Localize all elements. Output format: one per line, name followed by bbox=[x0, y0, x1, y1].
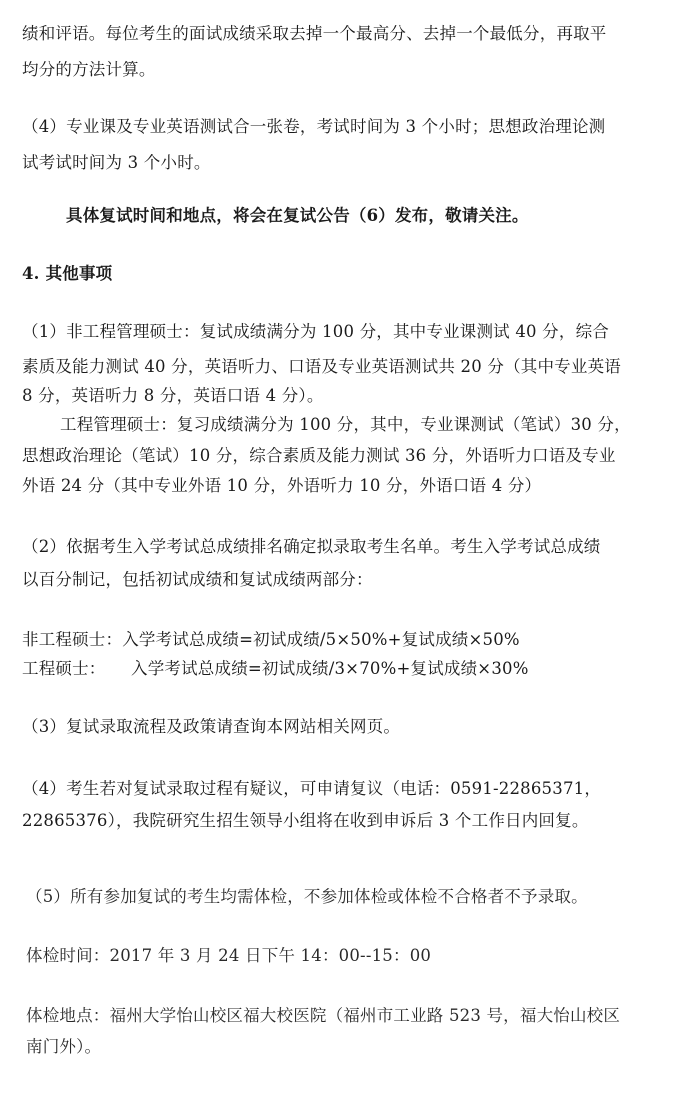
section-heading-other-matters: 4. 其他事项 bbox=[22, 264, 112, 284]
item-1-line: （1）非工程管理硕士：复试成绩满分为 100 分，其中专业课测试 40 分，综合 bbox=[22, 322, 609, 342]
paragraph-interview-line: 绩和评语。每位考生的面试成绩采取去掉一个最高分、去掉一个最低分，再取平 bbox=[22, 24, 607, 44]
item-1-line: 工程管理硕士：复习成绩满分为 100 分，其中，专业课测试（笔试）30 分， bbox=[60, 415, 631, 435]
paragraph-exam-duration-line: 试考试时间为 3 个小时。 bbox=[22, 153, 211, 173]
paragraph-exam-duration-line: （4）专业课及专业英语测试合一张卷，考试时间为 3 个小时；思想政治理论测 bbox=[22, 117, 605, 137]
item-2-line: 以百分制记，包括初试成绩和复试成绩两部分： bbox=[22, 570, 373, 590]
physical-exam-time: 体检时间：2017 年 3 月 24 日下午 14：00--15：00 bbox=[26, 946, 431, 966]
item-1-line: 外语 24 分（其中专业外语 10 分，外语听力 10 分，外语口语 4 分） bbox=[22, 476, 541, 496]
item-5: （5）所有参加复试的考生均需体检，不参加体检或体检不合格者不予录取。 bbox=[26, 887, 588, 907]
item-2-line: （2）依据考生入学考试总成绩排名确定拟录取考生名单。考生入学考试总成绩 bbox=[22, 537, 601, 557]
physical-exam-place-line: 体检地点：福州大学怡山校区福大校医院（福州市工业路 523 号，福大怡山校区 bbox=[26, 1006, 620, 1026]
item-1-line: 素质及能力测试 40 分，英语听力、口语及专业英语测试共 20 分（其中专业英语 bbox=[22, 357, 621, 377]
item-1-line: 思想政治理论（笔试）10 分，综合素质及能力测试 36 分，外语听力口语及专业 bbox=[22, 446, 616, 466]
item-4-line: 22865376），我院研究生招生领导小组将在收到申诉后 3 个工作日内回复。 bbox=[22, 811, 589, 831]
formula-engineering: 入学考试总成绩=初试成绩/3×70%+复试成绩×30% bbox=[131, 659, 529, 679]
item-3: （3）复试录取流程及政策请查询本网站相关网页。 bbox=[22, 717, 400, 737]
formula-non-engineering: 非工程硕士：入学考试总成绩=初试成绩/5×50%+复试成绩×50% bbox=[22, 630, 520, 650]
paragraph-interview-line: 均分的方法计算。 bbox=[22, 60, 156, 80]
item-4-line: （4）考生若对复试录取过程有疑议，可申请复议（电话：0591-22865371， bbox=[22, 779, 601, 799]
retest-notice: 具体复试时间和地点，将会在复试公告（6）发布，敬请关注。 bbox=[66, 206, 529, 226]
formula-engineering-label: 工程硕士： bbox=[22, 659, 106, 679]
physical-exam-place-line: 南门外）。 bbox=[26, 1037, 101, 1057]
item-1-line: 8 分，英语听力 8 分，英语口语 4 分）。 bbox=[22, 386, 324, 406]
